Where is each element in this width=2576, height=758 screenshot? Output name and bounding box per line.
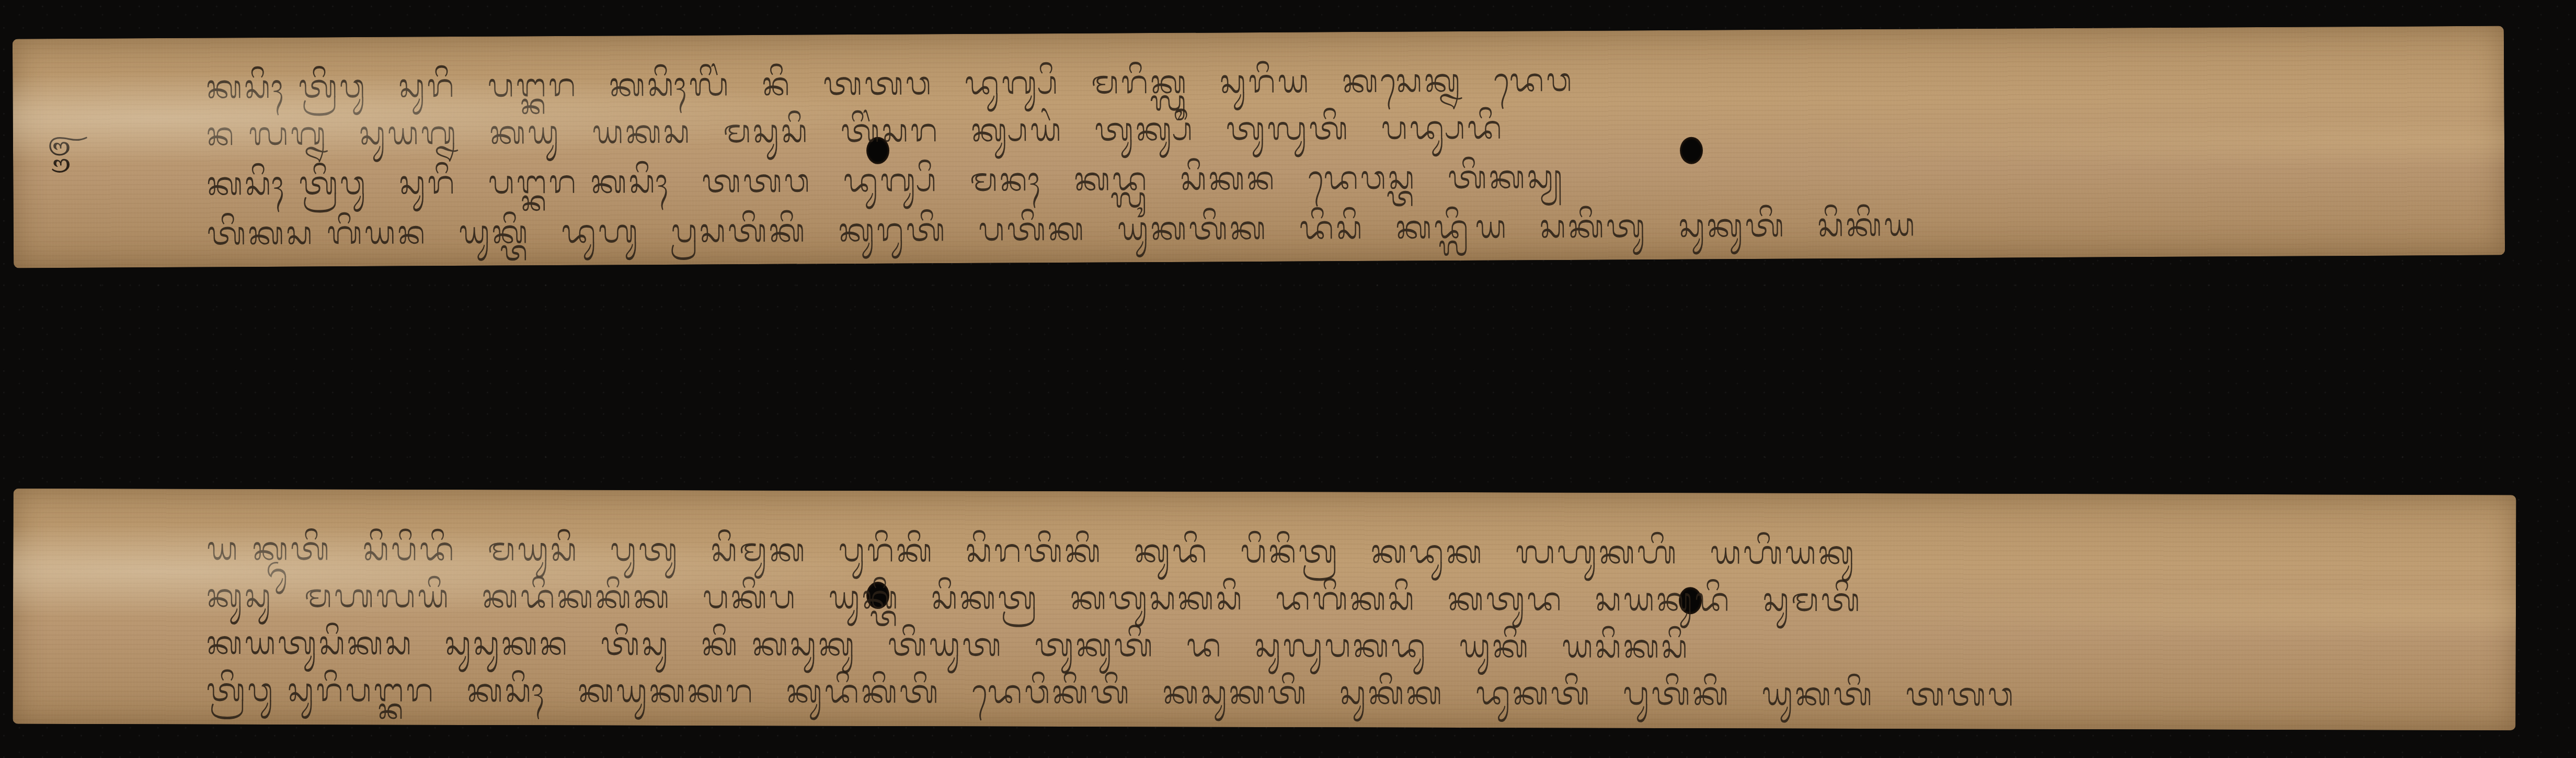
script-word: ᬓ᭄ᬲᬬᬂ bbox=[971, 110, 1063, 149]
script-word: ᬤᬾᬯᬲ᭄ᬢ bbox=[1308, 158, 1416, 197]
palm-leaf-manuscript-bottom: ᬬ ᬓ᭄ᬤᬸᬢᬶᬲᬶᬧᬶᬤᬶᬫᬬᬸᬲᬶᬧᬸᬢᬸᬲᬶᬫᬸᬓᬧᬸᬭᬶᬓᬶᬲᬶᬭᬢᬶᬓ… bbox=[13, 489, 2516, 731]
script-word: ᬲᬸᬮᬸᬧᬓᬤᬸ bbox=[1254, 626, 1428, 665]
leaf-number: ᭔᭕ bbox=[34, 135, 94, 174]
script-word: ᬧᬗ᭄ᬓᬭ bbox=[488, 66, 578, 105]
script-word: ᬫᬬᬸᬲᬶ bbox=[488, 530, 579, 568]
script-word: ᬧᬸᬢᬸ bbox=[610, 530, 680, 569]
manuscript-line-4: ᬢ᭄ᬭᬶᬯᬸ ᬲᬸᬭᬶᬧᬗ᭄ᬓᬭᬓᬲᬶᬄᬓᬬᬸᬓᬓᬭᬓᬸᬤᬶᬓᬶᬢᬶᬤᬾᬯᬶᬓᬶ… bbox=[206, 667, 2047, 730]
script-word: ᬲᬶᬓᬢ᭄ᬭ bbox=[931, 578, 1039, 617]
script-word: ᬫᬭᬶᬓ᭄ᬮᬸ bbox=[1091, 63, 1189, 101]
script-word: ᬲᬓᬶᬢᬸ bbox=[1540, 207, 1647, 245]
script-word: ᬢᬸᬓᬸᬢᬶ bbox=[1035, 626, 1155, 664]
script-word: ᬫᬦᬄ bbox=[970, 160, 1043, 199]
script-word: ᬲᬶᬓᬦ bbox=[1180, 159, 1276, 198]
script-word: ᬬᬸᬓ᭄ᬢᬶ bbox=[459, 212, 530, 251]
script-word: ᬓᬸᬤᬶ bbox=[1134, 531, 1209, 570]
script-word: ᬢᬢᬯ bbox=[702, 161, 812, 200]
script-word: ᬢᬶᬲᬸ bbox=[601, 625, 670, 663]
script-word: ᬬᬸᬓᬶ bbox=[1459, 627, 1531, 665]
script-word: ᬮᬳᬸᬓᬳᬶ bbox=[1515, 533, 1679, 571]
script-word: ᬬᬸᬓᬢᬶᬓ bbox=[1117, 209, 1268, 248]
script-word: ᬓᬤ᭄ᬮᬸ bbox=[1074, 160, 1149, 198]
script-word: ᬧᬓᬶᬧ bbox=[703, 578, 797, 616]
script-word: ᬓᬢᬸᬤ bbox=[1448, 580, 1564, 618]
script-word: ᬧᬶᬦᬶᬢ᭄ᬭ bbox=[1240, 532, 1339, 570]
script-word: ᬬᬸᬓ᭄ᬢᬶ bbox=[829, 578, 900, 616]
script-word: ᬫᬲᬸᬲᬶ bbox=[723, 111, 810, 150]
script-word: ᬦ ᬮᬕ᭄ᬦ bbox=[207, 114, 328, 153]
script-word: ᬓᬢᬸᬲᬓᬲᬶ bbox=[1070, 579, 1244, 617]
script-word: ᬧ᭄ᬭᬲᬢᬶᬓᬶ bbox=[671, 211, 807, 250]
script-word: ᬲᬶᬫᬸᬓ bbox=[711, 530, 807, 569]
script-word: ᬲᬸᬭᬶᬬ bbox=[1220, 62, 1311, 100]
script-word: ᬢᬸᬮᬸᬢᬶ bbox=[1226, 109, 1350, 148]
manuscript-line-4: ᬢᬶᬓᬲ ᬕᬶᬬᬦᬬᬸᬓ᭄ᬢᬶᬤᬸᬳᬸᬧ᭄ᬭᬲᬢᬶᬓᬶᬓᬸᬭᬸᬢᬶᬧᬢᬶᬓᬬᬸᬓ… bbox=[207, 201, 1949, 268]
script-word: ᬦᬶ bbox=[762, 65, 792, 103]
script-word: ᬤᬸᬕ᭄ᬲᬶ bbox=[965, 63, 1060, 102]
script-word: ᬬᬸᬓᬢᬶ bbox=[1762, 674, 1874, 713]
script-word: ᬲᬬᬓᬸᬤᬶ bbox=[1595, 580, 1732, 619]
script-word: ᬧᬸᬢᬶᬓᬶ bbox=[1623, 674, 1731, 713]
binding-hole-right bbox=[1680, 137, 1703, 164]
script-word: ᬤᬾᬯᬶᬓᬶᬢᬶ bbox=[972, 673, 1131, 711]
script-word: ᬓᬸᬤᬶᬓᬶᬢᬶ bbox=[786, 672, 941, 711]
script-word: ᬲᬸᬫᬢᬶ bbox=[1763, 580, 1862, 618]
script-word: ᬓᬲᬶᬄᬮᬶᬂ bbox=[609, 65, 731, 104]
script-word: ᬓᬸᬭᬸᬢᬶ bbox=[838, 210, 947, 249]
script-word: ᬓᬶ ᬓᬲᬸᬓᬸ bbox=[702, 625, 857, 663]
script-word: ᬧᬗ᭄ᬓᬭ ᬓᬲᬶᬄ bbox=[488, 162, 671, 201]
script-word: ᬲᬸᬭᬶ bbox=[398, 66, 456, 105]
script-word: ᬢᬶᬓᬲ ᬕᬶᬬᬦ bbox=[207, 213, 428, 252]
script-word: ᬤᬕᬶᬓᬲᬶ bbox=[1276, 579, 1416, 618]
script-word: ᬬᬓᬲ bbox=[592, 112, 692, 151]
script-word: ᬧᬢᬶᬓ bbox=[978, 210, 1086, 248]
script-word: ᬬ ᬓ᭄ᬤᬸᬢᬶ bbox=[207, 529, 331, 568]
script-word: ᬲᬶᬧᬶᬤᬶ bbox=[363, 529, 456, 568]
script-word: ᬬᬳᬶᬬᬓᬸ bbox=[1710, 533, 1857, 572]
script-word: ᬲᬶᬭᬢᬶᬓᬶ bbox=[966, 531, 1103, 570]
script-word: ᬲᬸᬲᬸᬓᬦ bbox=[445, 624, 569, 663]
script-word: ᬤᬾᬯ bbox=[1494, 61, 1574, 99]
script-word: ᬢᬶᬬᬸᬢ bbox=[888, 625, 1003, 664]
script-word: ᬢᬶᬂᬲᬭ bbox=[841, 111, 940, 150]
script-word: ᬲᬶᬓᬶᬬ bbox=[1817, 205, 1917, 244]
script-word: ᬲᬸᬬᬕ᭄ᬦ bbox=[359, 114, 459, 152]
script-word: ᬢᬶᬓᬲ᭄ᬬ bbox=[1448, 157, 1565, 196]
script-word: ᬢᬢᬯ bbox=[823, 64, 933, 103]
script-word: ᬤ bbox=[1186, 626, 1223, 664]
script-word: ᬤᬸᬓᬢᬶ bbox=[1475, 674, 1592, 712]
script-word: ᬤᬸᬳᬸ bbox=[561, 212, 640, 251]
script-word: ᬓᬬᬸᬓᬓᬭ bbox=[578, 672, 755, 710]
script-word: ᬓᬲᬶᬄ bbox=[467, 671, 547, 709]
script-word: ᬢᬢᬯ bbox=[1906, 675, 2016, 714]
script-word: ᬓᬤᬸᬓ bbox=[1371, 533, 1484, 571]
script-word: ᬓᬬᬸ bbox=[489, 113, 561, 152]
script-word: ᬧᬤ᭄ᬲᬤᬶ bbox=[1381, 108, 1504, 147]
script-word: ᬓᬲᬸᬓᬢᬶ bbox=[1163, 673, 1309, 711]
script-word: ᬫᬳᬮᬬᬶ bbox=[304, 576, 451, 615]
script-word: ᬓᬸᬲᬸ bbox=[207, 576, 273, 615]
script-word: ᬲᬸᬓᬶᬓ bbox=[1339, 673, 1444, 712]
script-word: ᬓᬤᬶᬓᬓᬶᬓ bbox=[482, 577, 671, 616]
script-word: ᬤᬸᬕ᭄ᬲᬶ bbox=[843, 161, 938, 199]
script-word: ᬬᬲᬶᬓᬲᬶ bbox=[1562, 627, 1690, 665]
script-word: ᬓᬤ᭄ᬮᬶᬬ bbox=[1395, 208, 1508, 246]
script-word: ᬲᬸᬭᬶ bbox=[399, 163, 457, 202]
script-word: ᬲᬸᬓᬸᬢᬶ bbox=[1678, 206, 1786, 245]
script-word: ᬤᬶᬲᬶ bbox=[1299, 208, 1365, 247]
script-word: ᬓᬬᬢᬸᬲᬶᬓᬲ bbox=[207, 624, 414, 662]
script-word: ᬓᬲᬶᬄ ᬢ᭄ᬭᬶᬯᬸ bbox=[207, 164, 368, 203]
script-word: ᬢ᭄ᬭᬶᬯᬸ ᬲᬸᬭᬶᬧᬗ᭄ᬓᬭ bbox=[206, 671, 435, 709]
script-word: ᬓᬲᬾᬓ᭄ᬦ bbox=[1342, 61, 1462, 100]
palm-leaf-manuscript-top: ᭔᭕ ᬓᬲᬶᬄ ᬢ᭄ᬭᬶᬯᬸᬲᬸᬭᬶᬧᬗ᭄ᬓᬭᬓᬲᬶᬄᬮᬶᬂᬦᬶᬢᬢᬯᬤᬸᬕ᭄ᬲ… bbox=[13, 26, 2505, 268]
script-word: ᬓᬲᬶᬄ ᬢ᭄ᬭᬶᬯᬸ bbox=[206, 67, 367, 106]
script-word: ᬧᬸᬭᬶᬓᬶ bbox=[839, 531, 935, 569]
script-word: ᬢᬸᬓ᭄ᬲᬶ bbox=[1094, 110, 1195, 149]
